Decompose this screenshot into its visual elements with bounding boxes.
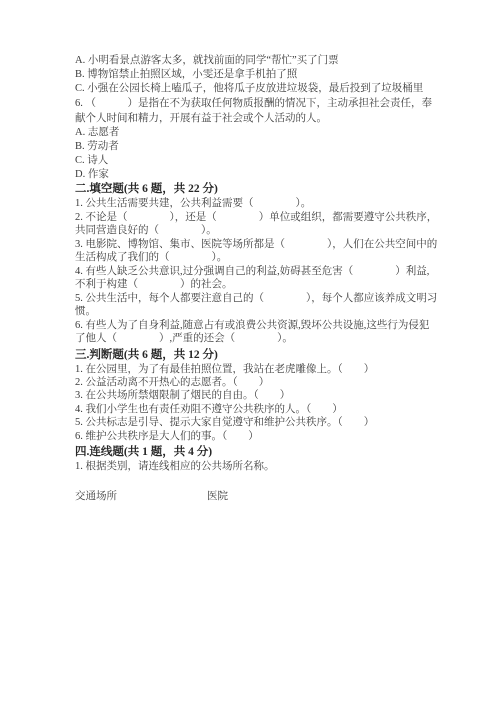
question5-option-a: A. 小明看景点游客太多，就找前面的同学“帮忙”买了门票: [75, 54, 438, 68]
fill-item-1: 1. 公共生活需要共建，公共利益需要（ ）。: [75, 197, 438, 211]
judge-item-4: 4. 我们小学生也有责任劝阻不遵守公共秩序的人。（ ）: [75, 403, 438, 416]
match-section-intro: 1. 根据类别，请连线相应的公共场所名称。: [75, 460, 438, 474]
question6-option-a: A. 志愿者: [75, 126, 438, 140]
match-row: 交通场所 医院: [75, 488, 438, 503]
match-left-category: 交通场所: [75, 488, 117, 503]
question5-option-b: B. 博物馆禁止拍照区域，小雯还是拿手机拍了照: [75, 68, 438, 82]
match-section-heading: 四.连线题(共 1 题，共 4 分): [75, 445, 438, 460]
question6-option-d: D. 作家: [75, 168, 438, 182]
judge-section-heading: 三.判断题(共 6 题，共 12 分): [75, 348, 438, 363]
fill-item-2: 2. 不论是（ ），还是（ ）单位或组织，都需要遵守公共秩序，共同营造良好的（ …: [75, 211, 438, 238]
fill-item-4: 4. 有些人缺乏公共意识,过分强调自己的利益,妨碍甚至危害（ ）利益,不利于构建…: [75, 265, 438, 292]
judge-item-1: 1. 在公园里，为了有最佳拍照位置，我站在老虎雕像上。（ ）: [75, 363, 438, 376]
fill-item-5: 5. 公共生活中，每个人都要注意自己的（ ），每个人都应该养成文明习惯。: [75, 292, 438, 319]
question6-option-b: B. 劳动者: [75, 140, 438, 154]
judge-item-5: 5. 公共标志是引导、提示大家自觉遵守和维护公共秩序。（ ）: [75, 416, 438, 429]
question5-option-c: C. 小强在公园长椅上嗑瓜子，他将瓜子皮放进垃圾袋，最后投到了垃圾桶里: [75, 82, 438, 96]
judge-section-body: 1. 在公园里，为了有最佳拍照位置，我站在老虎雕像上。（ ） 2. 公益活动离不…: [75, 363, 438, 443]
fill-item-6: 6. 有些人为了自身利益,随意占有或浪费公共资源,毁坏公共设施,这些行为侵犯了他…: [75, 319, 438, 346]
fill-section-heading: 二.填空题(共 6 题，共 22 分): [75, 182, 438, 197]
fill-section-body: 1. 公共生活需要共建，公共利益需要（ ）。 2. 不论是（ ），还是（ ）单位…: [75, 197, 438, 346]
judge-item-6: 6. 维护公共秩序是大人们的事。（ ）: [75, 430, 438, 443]
judge-item-2: 2. 公益活动离不开热心的志愿者。（ ）: [75, 376, 438, 389]
question6-option-c: C. 诗人: [75, 154, 438, 168]
judge-item-3: 3. 在公共场所禁烟限制了烟民的自由。（ ）: [75, 389, 438, 402]
question6-stem: 6. （ ）是指在不为获取任何物质报酬的情况下，主动承担社会责任，奉献个人时间和…: [75, 96, 438, 126]
exam-paper-page: A. 小明看景点游客太多，就找前面的同学“帮忙”买了门票 B. 博物馆禁止拍照区…: [0, 0, 500, 707]
fill-item-3: 3. 电影院、博物馆、集市、医院等场所都是（ ），人们在公共空间中的生活构成了我…: [75, 238, 438, 265]
match-right-place: 医院: [207, 488, 228, 503]
